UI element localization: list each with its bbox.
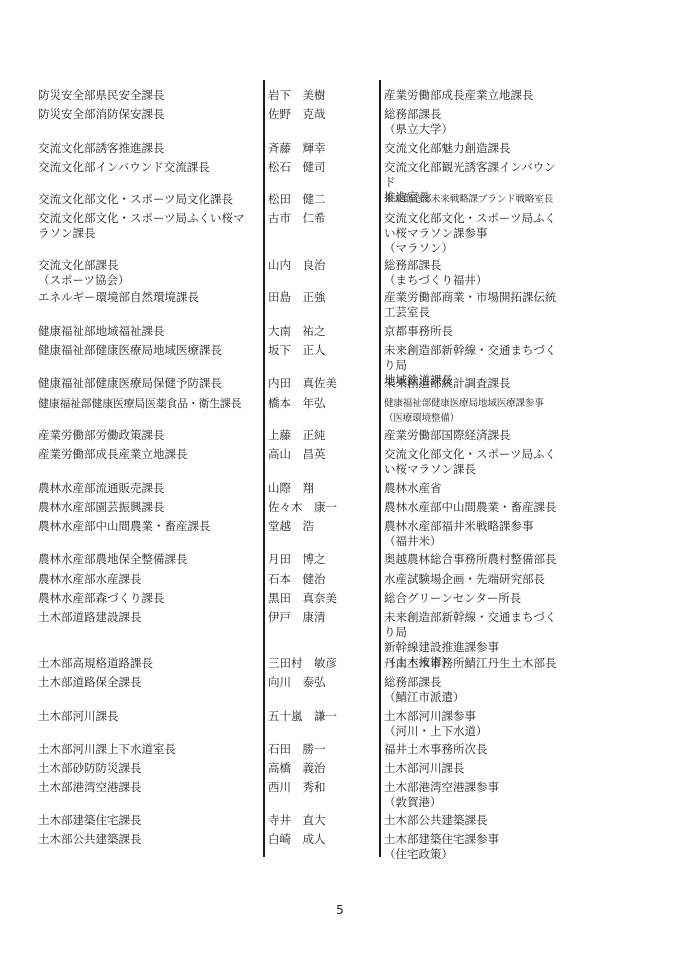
new-post-cell: 交流文化部文化・スポーツ局文化課長 — [38, 192, 260, 207]
new-post-cell: 土木部港湾空港課長 — [38, 780, 260, 795]
new-post-cell: 土木部道路保全課長 — [38, 675, 260, 690]
previous-post-cell: 農林水産省 — [384, 481, 564, 496]
new-post-cell: 産業労働部成長産業立地課長 — [38, 447, 260, 462]
new-post-cell: 交流文化部文化・スポーツ局ふくい桜マ ラソン課長 — [38, 211, 260, 241]
new-post-cell: 交流文化部課長 （スポーツ協会） — [38, 258, 260, 288]
new-post-cell: 農林水産部流通販売課長 — [38, 481, 260, 496]
person-name-cell: 内田 真佐美 — [268, 376, 376, 391]
person-name-cell: 黒田 真奈美 — [268, 591, 376, 606]
person-name-cell: 田島 正強 — [268, 290, 376, 305]
person-name-cell: 山内 良治 — [268, 258, 376, 273]
previous-post-cell: 土木部公共建築課長 — [384, 813, 564, 828]
column-divider-right — [379, 80, 381, 857]
person-name-cell: 大南 祐之 — [268, 324, 376, 339]
person-name-cell: 橋本 年弘 — [268, 396, 376, 411]
previous-post-cell: 産業労働部商業・市場開拓課伝統 工芸室長 — [384, 290, 564, 320]
new-post-cell: 土木部高規格道路課長 — [38, 656, 260, 671]
previous-post-cell: 丹南土木事務所鯖江丹生土木部長 — [384, 656, 564, 671]
document-page: 防災安全部県民安全課長岩下 美樹産業労働部成長産業立地課長防災安全部消防保安課長… — [0, 0, 680, 961]
new-post-cell: 健康福祉部健康医療局医薬食品・衛生課長 — [38, 396, 260, 411]
person-name-cell: 寺井 直大 — [268, 813, 376, 828]
new-post-cell: 農林水産部中山間農業・畜産課長 — [38, 519, 260, 534]
new-post-cell: 交流文化部誘客推進課長 — [38, 141, 260, 156]
person-name-cell: 石田 勝一 — [268, 742, 376, 757]
previous-post-cell: 交流文化部文化・スポーツ局ふく い桜マラソン課長 — [384, 447, 564, 477]
previous-post-cell: 土木部建築住宅課参事 （住宅政策） — [384, 832, 564, 862]
new-post-cell: 産業労働部労働政策課長 — [38, 428, 260, 443]
new-post-cell: 交流文化部インバウンド交流課長 — [38, 160, 260, 175]
new-post-cell: 農林水産部水産課長 — [38, 572, 260, 587]
previous-post-cell: 京都事務所長 — [384, 324, 564, 339]
previous-post-cell: 農林水産部福井米戦略課参事 （福井米） — [384, 519, 564, 549]
person-name-cell: 松石 健司 — [268, 160, 376, 175]
person-name-cell: 高橋 義治 — [268, 761, 376, 776]
previous-post-cell: 総務部課長 （鯖江市派遣） — [384, 675, 564, 705]
previous-post-cell: 奥越農林総合事務所農村整備部長 — [384, 552, 564, 567]
person-name-cell: 五十嵐 謙一 — [268, 709, 376, 724]
person-name-cell: 斉藤 輝幸 — [268, 141, 376, 156]
previous-post-cell: 総務部課長 （まちづくり福井） — [384, 258, 564, 288]
person-name-cell: 伊戸 康清 — [268, 610, 376, 625]
new-post-cell: 農林水産部森づくり課長 — [38, 591, 260, 606]
person-name-cell: 佐野 克哉 — [268, 107, 376, 122]
person-name-cell: 古市 仁希 — [268, 211, 376, 226]
previous-post-cell: 交流文化部魅力創造課長 — [384, 141, 564, 156]
person-name-cell: 石本 健治 — [268, 572, 376, 587]
new-post-cell: エネルギー環境部自然環境課長 — [38, 290, 260, 305]
previous-post-cell: 農林水産部中山間農業・畜産課長 — [384, 500, 564, 515]
person-name-cell: 坂下 正人 — [268, 343, 376, 358]
previous-post-cell: 総合グリーンセンター所長 — [384, 591, 564, 606]
new-post-cell: 土木部河川課長 — [38, 709, 260, 724]
person-name-cell: 岩下 美樹 — [268, 88, 376, 103]
person-name-cell: 堂越 浩 — [268, 519, 376, 534]
person-name-cell: 西川 秀和 — [268, 780, 376, 795]
new-post-cell: 健康福祉部健康医療局地域医療課長 — [38, 343, 260, 358]
new-post-cell: 健康福祉部地域福祉課長 — [38, 324, 260, 339]
previous-post-cell: 水産試験場企画・先端研究部長 — [384, 572, 564, 587]
previous-post-cell: 健康福祉部健康医療局地域医療課参事 （医療環境整備） — [384, 396, 564, 426]
new-post-cell: 農林水産部農地保全整備課長 — [38, 552, 260, 567]
previous-post-cell: 土木部河川課参事 （河川・上下水道） — [384, 709, 564, 739]
new-post-cell: 土木部公共建築課長 — [38, 832, 260, 847]
previous-post-cell: 土木部河川課長 — [384, 761, 564, 776]
new-post-cell: 土木部河川課上下水道室長 — [38, 742, 260, 757]
person-name-cell: 佐々木 康一 — [268, 500, 376, 515]
new-post-cell: 土木部道路建設課長 — [38, 610, 260, 625]
page-number: 5 — [0, 903, 680, 917]
person-name-cell: 三田村 敏彦 — [268, 656, 376, 671]
new-post-cell: 防災安全部消防保安課長 — [38, 107, 260, 122]
new-post-cell: 土木部砂防防災課長 — [38, 761, 260, 776]
person-name-cell: 月田 博之 — [268, 552, 376, 567]
previous-post-cell: 未来創造部統計調査課長 — [384, 376, 564, 391]
previous-post-cell: 総務部課長 （県立大学） — [384, 107, 564, 137]
previous-post-cell: 未来創造部未来戦略課ブランド戦略室長 — [384, 192, 564, 207]
new-post-cell: 健康福祉部健康医療局保健予防課長 — [38, 376, 260, 391]
new-post-cell: 農林水産部園芸振興課長 — [38, 500, 260, 515]
new-post-cell: 防災安全部県民安全課長 — [38, 88, 260, 103]
person-name-cell: 白崎 成人 — [268, 832, 376, 847]
person-name-cell: 山際 翔 — [268, 481, 376, 496]
previous-post-cell: 福井土木事務所次長 — [384, 742, 564, 757]
previous-post-cell: 土木部港湾空港課参事 （敦賀港） — [384, 780, 564, 810]
previous-post-cell: 交流文化部文化・スポーツ局ふく い桜マラソン課参事 （マラソン） — [384, 211, 564, 256]
person-name-cell: 高山 昌英 — [268, 447, 376, 462]
previous-post-cell: 産業労働部国際経済課長 — [384, 428, 564, 443]
previous-post-cell: 産業労働部成長産業立地課長 — [384, 88, 564, 103]
column-divider-left — [263, 80, 265, 857]
person-name-cell: 向川 泰弘 — [268, 675, 376, 690]
person-name-cell: 松田 健二 — [268, 192, 376, 207]
person-name-cell: 上藤 正純 — [268, 428, 376, 443]
new-post-cell: 土木部建築住宅課長 — [38, 813, 260, 828]
